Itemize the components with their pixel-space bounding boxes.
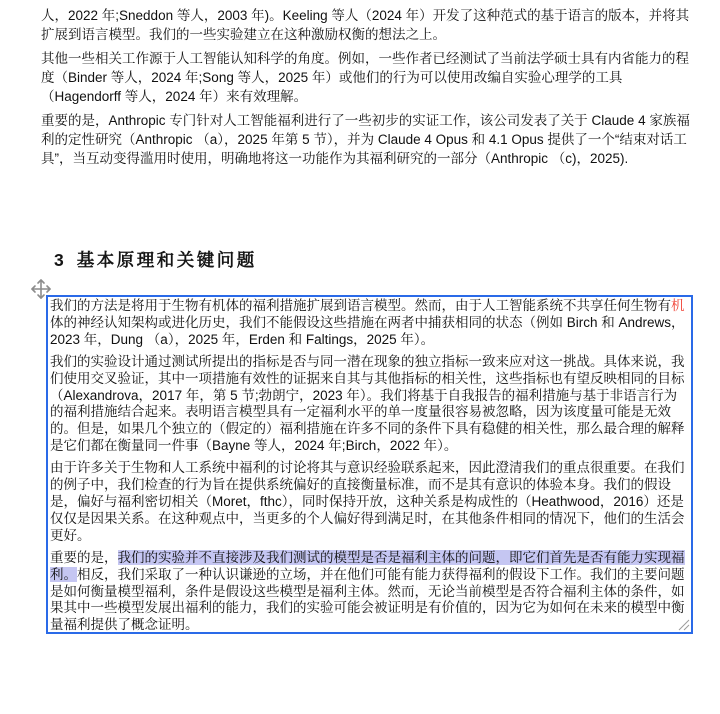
paragraph: 重要的是，Anthropic 专门针对人工智能福利进行了一些初步的实证工作，该公…: [41, 111, 690, 168]
section-title: 基本原理和关键问题: [77, 247, 257, 272]
text-segment: 体的神经认知架构或进化历史，我们不能假设这些措施在两者中捕获相同的状态（例如 B…: [50, 315, 685, 347]
paragraph: 其他一些相关工作源于人工智能认知科学的角度。例如，一些作者已经测试了当前法学硕士…: [41, 49, 690, 106]
red-character: 机: [671, 298, 685, 313]
document-page: 人，2022 年;Sneddon 等人，2003 年)。Keeling 等人（2…: [0, 0, 720, 714]
paragraph: 人，2022 年;Sneddon 等人，2003 年)。Keeling 等人（2…: [41, 6, 690, 44]
paragraph: 我们的方法是将用于生物有机体的福利措施扩展到语言模型。然而，由于人工智能系统不共…: [50, 298, 688, 349]
section-number: 3: [54, 250, 64, 271]
resize-handle-icon[interactable]: [678, 619, 690, 631]
text-segment: 重要的是，: [50, 550, 118, 565]
text-segment: 相反，我们采取了一种认识谦逊的立场，并在他们可能有能力获得福利的假设下工作。我们…: [50, 567, 685, 633]
paragraph: 重要的是，我们的实验并不直接涉及我们测试的模型是否是福利主体的问题，即它们首先是…: [50, 550, 688, 634]
text-segment: 我们的方法是将用于生物有机体的福利措施扩展到语言模型。然而，由于人工智能系统不共…: [50, 298, 671, 313]
paragraph: 由于许多关于生物和人工系统中福利的讨论将其与意识经验联系起来，因此澄清我们的重点…: [50, 460, 688, 545]
document-body-text: 人，2022 年;Sneddon 等人，2003 年)。Keeling 等人（2…: [41, 6, 690, 173]
section-heading: 3 基本原理和关键问题: [54, 247, 257, 272]
paragraph: 我们的实验设计通过测试所提出的指标是否与同一潜在现象的独立指标一致来应对这一挑战…: [50, 354, 688, 455]
selected-text-box[interactable]: 我们的方法是将用于生物有机体的福利措施扩展到语言模型。然而，由于人工智能系统不共…: [46, 295, 693, 634]
